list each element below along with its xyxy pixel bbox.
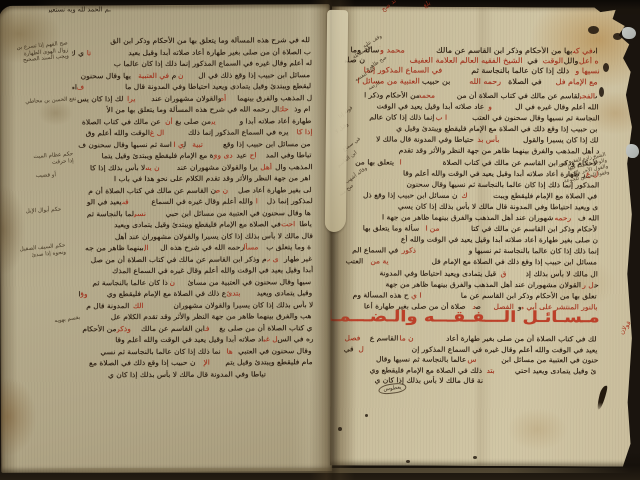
ink-text: تعلق بها من الأحكام وذكر ابن القاسم عن م…: [421, 291, 596, 302]
ink-text: الله أعلم وقال غيره في ال: [492, 103, 599, 114]
ink-text: يعيد في الوقت والله أعلم وقال غيره في ال…: [364, 344, 598, 355]
left-top-edge-fragment: ـم الحمد لله وبه نستعين: [49, 5, 111, 16]
ink-text: قي: [343, 344, 353, 354]
ink-text: ر طهارة أعاد صلاته أبدا وقيل يعيد في الو…: [344, 168, 585, 179]
ink-text: لا بأس بذلك إذا كا: [74, 163, 146, 174]
ink-text: من صلى بغ: [173, 117, 211, 128]
ink-text: بن حبيب: [420, 77, 451, 87]
right-header-block: سألة ومامحمد وآله بها من الأحكام وذكر اب…: [345, 45, 599, 87]
ink-text: مسائل ابن حبيب إذا وقع ذلك في الصلاة مع …: [389, 257, 597, 268]
ink-text: مسائل ابن حبيب إذا وقع ذلك في ال: [183, 70, 310, 81]
red-ink-text: ي ا: [172, 140, 184, 151]
red-ink-text: ا ب: [434, 113, 447, 123]
red-ink-text: ن يس: [145, 163, 159, 174]
ink-text: ذلك إذا كان عالما بالنجاسة ثم: [442, 67, 569, 77]
ink-text: تياطا وفي المد: [257, 151, 312, 162]
ink-text: سألة وما يتعلق بها: [343, 224, 419, 235]
marginal-annotation: صح الفهم إذا تسرع بنزوال الهوى الطهارةوي…: [16, 40, 69, 64]
gutter-tape-patch: [325, 10, 348, 232]
ink-text: في الصلاة: [501, 77, 542, 87]
red-ink-text: فصل: [343, 334, 361, 344]
ink-text: ى ويعيد احتياطا وفي المدونة قال مالك لا …: [344, 202, 598, 213]
ink-text: عيد: [233, 151, 247, 162]
ink-text: والقولان مشهوران عند: [135, 94, 221, 105]
ink-dot: [473, 456, 477, 459]
ink-text: هب والفرق بينهما ظاهر من جهة النظر والأث…: [72, 312, 311, 324]
ink-text: ن صلى بغير طهارة أعاد صلاته أبدا وقيل يع…: [344, 235, 598, 246]
red-ink-text: و: [484, 103, 492, 113]
marginal-annotation: نفع الحسن بن محاطي: [25, 96, 76, 105]
red-ink-text: ل ر: [581, 280, 594, 290]
ink-dot: [365, 414, 368, 417]
ink-text: والل: [563, 57, 578, 66]
red-ink-text: الك: [129, 301, 143, 312]
ink-text: ذا كان عالما بالنجاسة ثم: [72, 278, 168, 289]
ink-text: ها وقال سحنون في العتبية من مسائل ابن حب…: [146, 208, 311, 219]
ink-text: ئ وقيل يتمادى ويعيد احتي: [495, 366, 597, 376]
red-ink-text: رحمه: [553, 214, 571, 224]
ink-text: يها وقال سحنون: [71, 71, 131, 82]
red-ink-text: مع الإمام فل: [542, 77, 598, 87]
annotation-line: نفع الحسن بن محاطي: [25, 96, 76, 105]
ink-text: ل المذهب والفرق بينهما: [226, 93, 312, 104]
left-page: ـم الحمد لله وبه نستعين لله في شرح هذه ا…: [0, 4, 332, 473]
red-ink-text: ن ص: [216, 186, 228, 197]
ink-text: غير طهار: [279, 254, 313, 265]
right-page: سألة ومامحمد وآله بها من الأحكام وذكر اب…: [330, 6, 637, 466]
ink-text: أبدا وقيل يعيد في الوقت والله أعلم وقال …: [74, 266, 313, 278]
ink-text: الله ف: [571, 214, 599, 224]
right-text-block-after-heading: فصل القاسم عن مالك في كتاب الصلاة أن من …: [343, 333, 597, 387]
right-gutter-notes: قوله إذاوقيل لافي سماعابن القاسموقاله أش…: [332, 6, 637, 7]
page-bottom-edge: [6, 468, 632, 473]
ink-text: لله في شرح هذه المسألة وما يتعلق بها من …: [71, 36, 310, 48]
ink-text: اهر من جهة النظر والأثر وقد تقدم الكلام …: [72, 174, 311, 186]
red-ink-text: ى ب: [267, 254, 279, 265]
red-ink-text: قت: [122, 198, 129, 209]
ink-text: لأحكام وذكر ابن القاسم عن مالك في كتا: [440, 224, 598, 235]
red-ink-text: ك: [457, 191, 467, 201]
ink-text: بينهما ظاهر من جه: [72, 244, 144, 255]
ink-text: نما ذلك إذا كان عالما بالنجاسة ثم نسي: [73, 347, 221, 358]
red-ink-text: رحمه الله: [450, 77, 501, 87]
red-ink-text: حك: [279, 105, 289, 116]
red-ink-text: ل غي: [263, 335, 277, 346]
red-ink-text: ا: [394, 158, 402, 168]
red-ink-text: بتد: [482, 366, 495, 376]
ink-text: المدونة قال م: [74, 301, 129, 312]
margin-word-red: قولان: [617, 319, 632, 336]
ink-text: وقال سحنون في العتبي: [233, 346, 312, 357]
red-ink-text: يرا: [123, 94, 135, 105]
red-ink-text: ذكور: [398, 246, 416, 256]
ink-text: ة مع الإمام فليقطع ويبتدئ وقيل يتما: [73, 151, 214, 162]
ink-text: لقاسم عن مالك في كتاب الصلاة أن من: [435, 91, 580, 102]
red-ink-text: ن: [176, 71, 183, 82]
red-ink-text: إذا كا: [288, 128, 312, 139]
red-ink-text: محمد وآله: [379, 46, 404, 55]
ink-text: ن مسائل ابن حبيب إذا وقع ذل: [343, 191, 457, 202]
red-ink-text: ن ما: [398, 334, 413, 344]
ink-text: يعيد في الو: [74, 198, 122, 209]
ink-text: إنما ذلك إذا كان عالما بالنجاسة ثم نسيها…: [416, 246, 599, 257]
ink-text: يرا والقولان مشهوران عند: [160, 162, 258, 173]
red-ink-text: وق: [80, 290, 87, 301]
red-ink-text: بأس بذ: [474, 136, 499, 146]
ink-text: سيها وقال سحنون في العتبية من مسائ: [175, 277, 311, 288]
ink-text: طهارة أعاد صلاته أبدا و: [216, 116, 312, 127]
ink-text: إنما ذلك إذا كان عالم: [345, 113, 434, 124]
red-ink-text: نسيها و: [569, 67, 600, 77]
ink-text: م وذكر ابن القاسم عن مالك في كتاب الصلاة…: [73, 254, 267, 266]
red-ink-text: اح: [247, 151, 257, 162]
text-line: العتبية من مسائل ابن حبيبرحمه الله في ال…: [344, 76, 598, 87]
ink-dot: [338, 427, 342, 431]
ink-text: حنون في العتبية من مسائل ابن: [477, 356, 599, 366]
ink-text: حتياطا وفي المدونة قال مالك لا: [344, 135, 474, 146]
annotation-line: حكم أبوال الإبل: [26, 207, 62, 216]
ink-text: من الأحكام وذكر ا: [344, 91, 420, 102]
ink-text: حم: [594, 281, 599, 291]
ink-text: ياطا: [295, 220, 312, 231]
ink-text: لما بالنجاسة ثم: [72, 209, 134, 220]
ink-text: د أهل المذهب والفرق بينهما ظاهر من جهة ا…: [345, 146, 599, 157]
ink-text: العتب: [343, 257, 363, 267]
ink-text: في: [523, 57, 538, 66]
red-ink-text: الإ: [196, 358, 210, 369]
ink-text: وقيل يتمادى ويعيد: [241, 289, 313, 300]
header-annotations: وقف عليهبلغ مقابلةصح ظاهرهكتبه لنفسهعارض…: [332, 6, 637, 7]
ink-text: لمذكور إنما ذل: [258, 197, 313, 208]
ink-text: يره في السماع المذكور إنما ذلك: [164, 128, 288, 139]
ink-text: ب الصلاة أن من صلى بغير طهارة أعاد صلاته…: [91, 47, 311, 59]
ink-text: ذلك في الصلاة مع الإمام فليقطع وي: [342, 366, 482, 376]
right-text-block: من الأحكام وذكر امحمدلقاسم عن مالك في كت…: [344, 90, 599, 313]
red-ink-text: الفجر: [580, 92, 595, 102]
ink-text: بن حبيب إذا وقع ذلك في الصلاة مع الإمام …: [343, 124, 597, 135]
ink-text: ح هذه المسألة وم: [343, 291, 409, 301]
ink-text: له أعلم وقال غيره في السماع المذكور إنما…: [73, 59, 312, 71]
ink-text: في الصلاة مع الإمام فليقطع ويبتدئ وقيل ي…: [73, 220, 281, 232]
ink-text: رحمه الله في شرح هذه ال: [148, 243, 244, 254]
ink-dot: [406, 460, 410, 463]
red-ink-text: ها: [221, 347, 233, 358]
ink-text: لك إذا كان يس: [73, 94, 123, 105]
right-margin-note: الشيخ زاده الفقيه شهروالوجوه لا يمد فيها…: [332, 6, 637, 7]
marginal-annotation: أو قضيب: [36, 172, 57, 179]
ink-text: في الصلاة مع الإمام فليقطع ويبت: [468, 191, 598, 202]
red-ink-text: الشيخ الفقيه العالم العلامة العفيف: [365, 56, 523, 66]
red-ink-text: ن: [168, 278, 175, 289]
red-ink-text: أهل: [258, 162, 272, 173]
ink-text: لك في كتاب الصلاة أن من صلى بغير طهارة أ…: [414, 334, 597, 345]
red-ink-text: تا: [84, 48, 91, 59]
ink-text: والله أعلم وقال غيره في السماع: [129, 197, 253, 208]
ink-text: بها من الأحكام وذكر ابن القاسم عن مالك: [405, 46, 573, 56]
annotation-line: أو قضيب: [36, 172, 57, 179]
ink-blotch: [588, 26, 599, 34]
ink-text: ن حبيب إذا وقع ذلك في الصلاة مع: [74, 358, 196, 369]
ink-text: ال رحمه الله في شرح هذه المسألة وما يتعل…: [71, 105, 279, 117]
ink-text: ليقطع ويبتدئ وقيل يتمادى ويعيد احتياطا و…: [84, 82, 311, 94]
ink-text: ي ك: [72, 48, 84, 59]
ink-text: اب: [593, 47, 598, 56]
ink-text: الوقت والله أعلم وق: [73, 129, 150, 140]
ink-text: النجاسة ثم نسيها وقال سحنون في العتب: [447, 113, 599, 124]
ink-text: عاد صلاته أبدا وقيل يعيد في الوقت: [345, 102, 485, 113]
ink-text: في السماع الم: [345, 246, 398, 256]
ink-text: لك إذا كان يسيرا والقول: [499, 136, 598, 147]
ink-text: ن القاسم عن مالك في كتاب الصلاة أن م: [73, 186, 216, 197]
red-ink-text: ف: [77, 83, 84, 94]
ink-text: ة وما يتعلق ب: [258, 243, 311, 254]
ink-text: القاسم ع: [360, 334, 398, 344]
ink-text: القولان مشهوران عند أهل المذهب والفرق بي…: [345, 279, 581, 290]
ink-text: عن مالك في كتاب الصلاة: [72, 117, 160, 128]
ink-text: ره في الس: [278, 335, 314, 346]
ink-text: المذهب وال: [272, 162, 313, 173]
red-ink-text: س: [466, 356, 476, 366]
red-ink-text: ق: [496, 269, 506, 279]
red-ink-text: في كت: [572, 47, 592, 56]
red-ink-text: ال غ: [150, 128, 164, 139]
red-ink-text: بتدئ: [226, 289, 240, 300]
ink-text: نة قال مالك لا بأس بذلك إذا كان ي: [343, 376, 483, 386]
red-ink-text: ية من: [363, 257, 388, 267]
red-ink-text: محمد: [420, 91, 435, 101]
chapter-heading-red: مـسـائـل الـــفـقـــه والـضـــمـان: [320, 307, 600, 326]
ink-text: مام فليقطع ويبتدئ وقيل يتم: [210, 358, 313, 369]
red-ink-text: ل: [354, 344, 364, 354]
ink-blotch: [599, 87, 604, 97]
red-ink-text: ه أعل: [578, 57, 598, 66]
red-ink-text: دى وي: [214, 151, 233, 162]
ink-text: لا بأس بذلك إذا كان يسيرا والقولان مشهور…: [144, 300, 314, 311]
ink-blotch: [613, 33, 622, 40]
ink-text: شهوران عند أهل المذهب والفرق بينهما ظاهر…: [345, 213, 553, 224]
ink-text: اد صلاته أبدا وقيل يعيد في الوقت والله أ…: [75, 335, 264, 347]
ink-text: ي كتاب الصلاة أن من صلى بغ: [210, 323, 313, 334]
ink-text: قيل يتمادى ويعيد احتياطا وفي المدونة: [344, 268, 496, 279]
red-ink-text: نسي: [134, 209, 146, 220]
ink-text: من الأحكام: [73, 324, 116, 335]
marginal-annotation: حكم أبوال الإبل: [26, 207, 62, 216]
torn-edge-notch: [626, 144, 639, 158]
ink-text: لى بغير طهارة أعاد صل: [228, 185, 312, 196]
torn-edge-notch: [622, 27, 636, 39]
red-ink-text: احت: [281, 220, 295, 231]
red-ink-text: ا ي: [409, 291, 422, 301]
ink-text: ا: [73, 290, 80, 301]
ink-text: قال مالك لا بأس بذلك إذا كان يسيرا والقو…: [74, 231, 313, 243]
ink-text: اسة ثم نسيها وقال سحنون ف: [71, 140, 171, 151]
marginal-annotation: حكم السيف الصقيلونحوه إذا صدئ: [20, 243, 67, 260]
ink-text: عالما بالنجاسة ثم نسيها وقال: [344, 355, 466, 365]
ink-text: من مسائل ابن حبيب إذا وقع: [203, 139, 311, 150]
red-ink-text: الوقت: [538, 57, 563, 66]
red-ink-text: أن: [161, 117, 173, 128]
ink-blotch: [603, 63, 609, 72]
red-ink-text: من ا: [419, 224, 439, 234]
left-text-block: لله في شرح هذه المسألة وما يتعلق بها من …: [72, 35, 313, 381]
ink-text: ع ذلك في الصلاة مع الإمام فليقطع وي: [88, 289, 227, 300]
ink-text: م: [169, 71, 176, 82]
ink-text: ابن القاسم عن مالك: [131, 324, 205, 335]
ink-text: ال مالك لا بأس بذلك إذ: [506, 269, 597, 280]
red-ink-text: تبية: [186, 140, 203, 151]
ink-text: ام وذ: [289, 105, 311, 116]
red-ink-text: في العتبية: [131, 71, 169, 82]
text-line: تياطا وفي المدونة قال مالك لا بأس بذلك إ…: [75, 369, 314, 382]
marginal-annotation: حكم عظام الميتإذا حرقت: [33, 151, 74, 167]
red-ink-text: وذكر: [116, 324, 130, 335]
ink-text: تياطا وفي المدونة قال مالك لا بأس بذلك إ…: [75, 369, 266, 381]
manuscript-photo: ـم الحمد لله وبه نستعين لله في شرح هذه ا…: [0, 0, 640, 480]
ink-text: ب: [595, 92, 598, 102]
red-ink-text: مسأل: [244, 243, 258, 254]
